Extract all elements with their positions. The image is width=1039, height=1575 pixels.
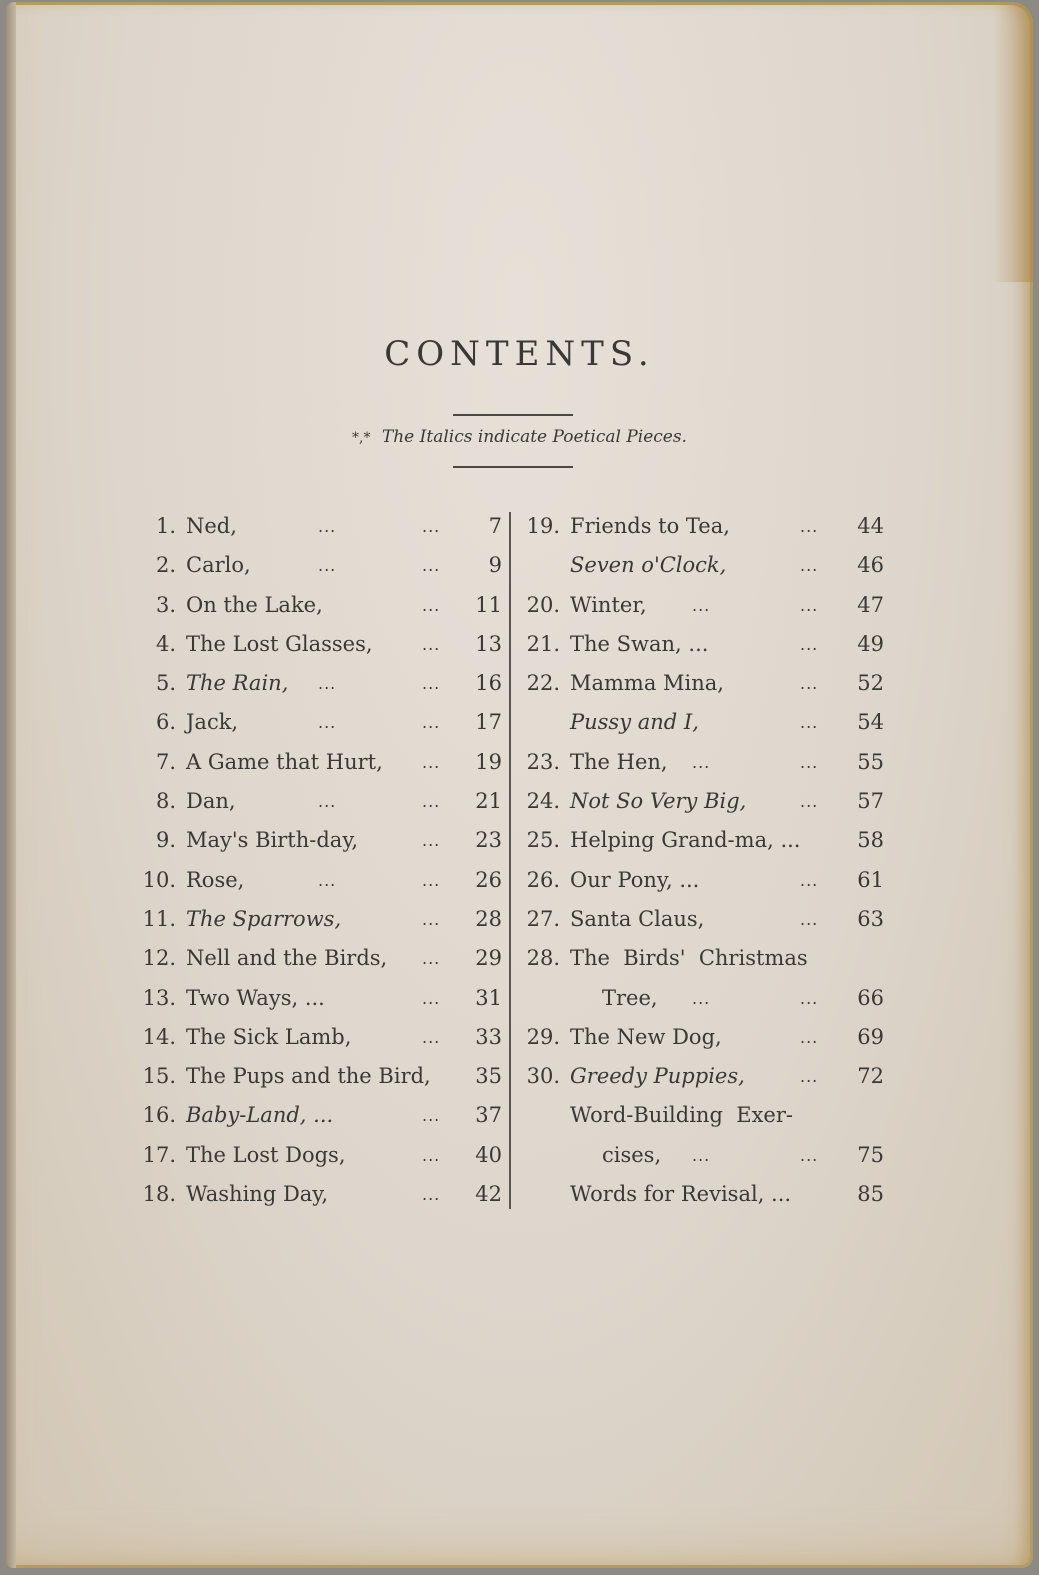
contents-entry: 11.The Sparrows,...28 [132, 900, 502, 939]
entry-title: The Rain, [186, 664, 288, 703]
entry-page-number: 52 [844, 664, 884, 703]
contents-entry: 23.The Hen,......55 [516, 743, 884, 782]
entry-page-number: 11 [462, 586, 502, 625]
entry-page-number: 61 [844, 861, 884, 900]
entry-number: 10. [132, 861, 176, 900]
entry-title: A Game that Hurt, [186, 743, 383, 782]
leader-dots: ... [318, 546, 336, 585]
entry-page-number: 46 [844, 546, 884, 585]
entry-page-number: 66 [844, 979, 884, 1018]
entry-title: May's Birth-day, [186, 821, 358, 860]
contents-entry: Words for Revisal, ...85 [516, 1175, 884, 1214]
entry-title: Word-Building Exer- [570, 1096, 793, 1135]
leader-dots: ... [422, 939, 440, 978]
entry-title: Seven o'Clock, [570, 546, 726, 585]
entry-page-number: 19 [462, 743, 502, 782]
entry-title: Carlo, [186, 546, 251, 585]
entry-number: 21. [516, 625, 560, 664]
leader-dots: ... [800, 625, 818, 664]
entry-title: The New Dog, [570, 1018, 722, 1057]
entry-title: Mamma Mina, [570, 664, 724, 703]
entry-page-number: 16 [462, 664, 502, 703]
italics-note: *,* The Italics indicate Poetical Pieces… [6, 427, 1033, 447]
leader-dots: ... [800, 1136, 818, 1175]
entry-number: 14. [132, 1018, 176, 1057]
asterism-icon: *,* [352, 430, 370, 446]
entry-page-number: 58 [844, 821, 884, 860]
entry-number: 20. [516, 586, 560, 625]
entry-title: Helping Grand-ma, ... [570, 821, 800, 860]
leader-dots: ... [422, 743, 440, 782]
contents-entry: 30.Greedy Puppies,...72 [516, 1057, 884, 1096]
contents-entry: 22.Mamma Mina,...52 [516, 664, 884, 703]
entry-page-number: 57 [844, 782, 884, 821]
contents-entry: 9.May's Birth-day,...23 [132, 821, 502, 860]
contents-entry: 25.Helping Grand-ma, ...58 [516, 821, 884, 860]
leader-dots: ... [800, 979, 818, 1018]
contents-entry: 10.Rose,......26 [132, 861, 502, 900]
leader-dots: ... [422, 703, 440, 742]
entry-page-number: 23 [462, 821, 502, 860]
entry-page-number: 72 [844, 1057, 884, 1096]
contents-entry: 20.Winter,......47 [516, 586, 884, 625]
entry-number: 2. [132, 546, 176, 585]
entry-title: The Lost Dogs, [186, 1136, 346, 1175]
leader-dots: ... [422, 546, 440, 585]
contents-entry: 18.Washing Day,...42 [132, 1175, 502, 1214]
entry-title: Tree, [602, 979, 658, 1018]
entry-number: 1. [132, 507, 176, 546]
leader-dots: ... [318, 703, 336, 742]
entry-number: 25. [516, 821, 560, 860]
leader-dots: ... [692, 586, 710, 625]
contents-entry: 27.Santa Claus,...63 [516, 900, 884, 939]
title-rule-top [453, 414, 573, 416]
contents-entry: 19.Friends to Tea,...44 [516, 507, 884, 546]
leader-dots: ... [692, 1136, 710, 1175]
leader-dots: ... [422, 900, 440, 939]
contents-entry: 16.Baby-Land, ......37 [132, 1096, 502, 1135]
leader-dots: ... [800, 664, 818, 703]
entry-page-number: 42 [462, 1175, 502, 1214]
entry-page-number: 29 [462, 939, 502, 978]
leader-dots: ... [318, 782, 336, 821]
leader-dots: ... [318, 664, 336, 703]
entry-page-number: 63 [844, 900, 884, 939]
leader-dots: ... [422, 1096, 440, 1135]
leader-dots: ... [422, 821, 440, 860]
entry-page-number: 54 [844, 703, 884, 742]
leader-dots: ... [800, 743, 818, 782]
entry-number: 3. [132, 586, 176, 625]
leader-dots: ... [800, 586, 818, 625]
entry-title: Winter, [570, 586, 647, 625]
entry-page-number: 21 [462, 782, 502, 821]
leader-dots: ... [422, 979, 440, 1018]
leader-dots: ... [422, 625, 440, 664]
entry-number: 7. [132, 743, 176, 782]
book-page: CONTENTS. *,* The Italics indicate Poeti… [6, 2, 1033, 1568]
entry-page-number: 13 [462, 625, 502, 664]
entry-title: Pussy and I, [570, 703, 699, 742]
leader-dots: ... [422, 1136, 440, 1175]
entry-page-number: 28 [462, 900, 502, 939]
entry-number: 24. [516, 782, 560, 821]
entry-title: Two Ways, ... [186, 979, 325, 1018]
entry-page-number: 75 [844, 1136, 884, 1175]
entry-number: 4. [132, 625, 176, 664]
entry-title: Santa Claus, [570, 900, 704, 939]
contents-entry: Tree,......66 [516, 979, 884, 1018]
contents-entry: 26.Our Pony, ......61 [516, 861, 884, 900]
contents-entry: 28.The Birds' Christmas [516, 939, 884, 978]
entry-page-number: 31 [462, 979, 502, 1018]
leader-dots: ... [422, 1018, 440, 1057]
entry-title: Friends to Tea, [570, 507, 730, 546]
entry-title: Not So Very Big, [570, 782, 746, 821]
entry-page-number: 37 [462, 1096, 502, 1135]
leader-dots: ... [422, 782, 440, 821]
page-title: CONTENTS. [6, 334, 1033, 374]
leader-dots: ... [318, 861, 336, 900]
entry-title: Washing Day, [186, 1175, 328, 1214]
entry-number: 22. [516, 664, 560, 703]
entry-title: The Hen, [570, 743, 668, 782]
contents-entry: Word-Building Exer- [516, 1096, 884, 1135]
leader-dots: ... [800, 861, 818, 900]
contents-entry: 29.The New Dog,...69 [516, 1018, 884, 1057]
contents-entry: 8.Dan,......21 [132, 782, 502, 821]
entry-number: 26. [516, 861, 560, 900]
entry-number: 13. [132, 979, 176, 1018]
leader-dots: ... [800, 546, 818, 585]
contents-entry: 6.Jack,......17 [132, 703, 502, 742]
leader-dots: ... [800, 782, 818, 821]
entry-page-number: 85 [844, 1175, 884, 1214]
contents-entry: 1.Ned,......7 [132, 507, 502, 546]
leader-dots: ... [800, 900, 818, 939]
entry-title: The Lost Glasses, [186, 625, 373, 664]
entry-page-number: 33 [462, 1018, 502, 1057]
leader-dots: ... [422, 861, 440, 900]
entry-title: Ned, [186, 507, 237, 546]
contents-entry: 5.The Rain,......16 [132, 664, 502, 703]
title-rule-bottom [453, 466, 573, 468]
leader-dots: ... [422, 1175, 440, 1214]
entry-title: Words for Revisal, ... [570, 1175, 791, 1214]
entry-page-number: 47 [844, 586, 884, 625]
entry-title: Our Pony, ... [570, 861, 699, 900]
entry-title: Dan, [186, 782, 236, 821]
leader-dots: ... [422, 507, 440, 546]
entry-title: The Pups and the Bird, [186, 1057, 431, 1096]
entry-title: Nell and the Birds, [186, 939, 387, 978]
entry-page-number: 35 [462, 1057, 502, 1096]
entry-number: 11. [132, 900, 176, 939]
entry-number: 6. [132, 703, 176, 742]
contents-entry: 21.The Swan, ......49 [516, 625, 884, 664]
leader-dots: ... [422, 586, 440, 625]
leader-dots: ... [800, 1057, 818, 1096]
entry-page-number: 44 [844, 507, 884, 546]
entry-title: Jack, [186, 703, 238, 742]
leader-dots: ... [422, 664, 440, 703]
entry-number: 19. [516, 507, 560, 546]
entry-number: 8. [132, 782, 176, 821]
contents-entry: 7.A Game that Hurt,...19 [132, 743, 502, 782]
entry-number: 16. [132, 1096, 176, 1135]
entry-title: The Sparrows, [186, 900, 341, 939]
entry-number: 27. [516, 900, 560, 939]
entry-number: 30. [516, 1057, 560, 1096]
entry-title: cises, [602, 1136, 661, 1175]
entry-number: 15. [132, 1057, 176, 1096]
entry-number: 5. [132, 664, 176, 703]
entry-number: 28. [516, 939, 560, 978]
column-divider [509, 512, 511, 1209]
entry-number: 23. [516, 743, 560, 782]
italics-note-text: The Italics indicate Poetical Pieces. [382, 427, 687, 447]
contents-entry: 3.On the Lake,...11 [132, 586, 502, 625]
leader-dots: ... [692, 743, 710, 782]
entry-page-number: 55 [844, 743, 884, 782]
entry-number: 12. [132, 939, 176, 978]
entry-title: Baby-Land, ... [186, 1096, 333, 1135]
contents-entry: 24.Not So Very Big,...57 [516, 782, 884, 821]
contents-right-column: 19.Friends to Tea,...44Seven o'Clock,...… [516, 507, 884, 1214]
entry-number: 29. [516, 1018, 560, 1057]
leader-dots: ... [800, 1018, 818, 1057]
leader-dots: ... [692, 979, 710, 1018]
entry-number: 9. [132, 821, 176, 860]
entry-title: The Birds' Christmas [570, 939, 808, 978]
contents-entry: 2.Carlo,......9 [132, 546, 502, 585]
contents-entry: Pussy and I,...54 [516, 703, 884, 742]
contents-entry: Seven o'Clock,...46 [516, 546, 884, 585]
entry-page-number: 26 [462, 861, 502, 900]
entry-title: On the Lake, [186, 586, 323, 625]
contents-entry: 17.The Lost Dogs,...40 [132, 1136, 502, 1175]
leader-dots: ... [318, 507, 336, 546]
contents-entry: 13.Two Ways, ......31 [132, 979, 502, 1018]
entry-title: Rose, [186, 861, 244, 900]
contents-left-column: 1.Ned,......72.Carlo,......93.On the Lak… [132, 507, 502, 1214]
entry-title: The Swan, ... [570, 625, 708, 664]
contents-entry: 12.Nell and the Birds,...29 [132, 939, 502, 978]
entry-page-number: 17 [462, 703, 502, 742]
leader-dots: ... [800, 703, 818, 742]
entry-title: Greedy Puppies, [570, 1057, 745, 1096]
entry-page-number: 49 [844, 625, 884, 664]
entry-page-number: 40 [462, 1136, 502, 1175]
contents-entry: 15.The Pups and the Bird,35 [132, 1057, 502, 1096]
entry-number: 18. [132, 1175, 176, 1214]
contents-entry: cises,......75 [516, 1136, 884, 1175]
entry-number: 17. [132, 1136, 176, 1175]
contents-entry: 4.The Lost Glasses,...13 [132, 625, 502, 664]
contents-entry: 14.The Sick Lamb,...33 [132, 1018, 502, 1057]
leader-dots: ... [800, 507, 818, 546]
entry-page-number: 69 [844, 1018, 884, 1057]
entry-page-number: 7 [462, 507, 502, 546]
entry-title: The Sick Lamb, [186, 1018, 351, 1057]
entry-page-number: 9 [462, 546, 502, 585]
